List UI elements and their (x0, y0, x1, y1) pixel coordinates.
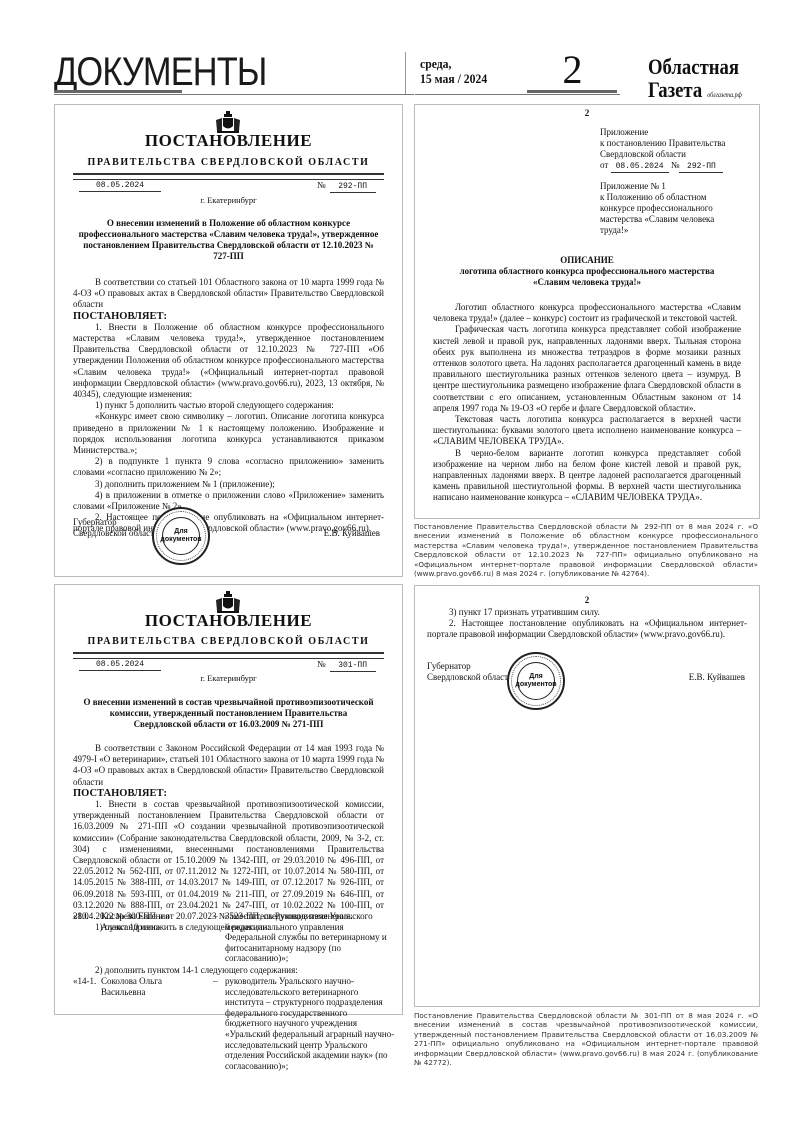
logo-line-1: Областная (648, 55, 742, 78)
document-292-pp-annex: 2 Приложение к постановлению Правительст… (414, 104, 760, 519)
paragraph: Графическая часть логотипа конкурса пред… (433, 324, 741, 414)
decree-body: В соответствии со статьей 101 Областного… (73, 277, 384, 535)
signer-name: Е.В. Куйвашев (689, 672, 745, 683)
decree-title: О внесении изменений в состав чрезвычайн… (83, 697, 374, 730)
page-number-underline (527, 90, 617, 93)
paragraph: 4) в приложении в отметке о приложении с… (73, 490, 384, 512)
stamp-seal: Длядокументов (507, 652, 565, 710)
paragraph: В черно-белом варианте логотип конкурса … (433, 448, 741, 504)
paragraph: 1) пункт 5 дополнить частью второй следу… (73, 400, 384, 411)
decree-city: г. Екатеринбург (55, 673, 402, 684)
page-number: 2 (545, 48, 600, 92)
header-rule (54, 94, 414, 95)
annex-1-reference: Приложение № 1 к Положению об областном … (600, 181, 714, 236)
decree-resolves: ПОСТАНОВЛЯЕТ: (73, 788, 384, 799)
document-301-pp-page-2: 2 3) пункт 17 признать утратившим силу. … (414, 585, 760, 1007)
decree-number: №301-ПП (317, 659, 376, 672)
stamp-seal: Длядокументов (152, 507, 210, 565)
paragraph: Текстовая часть логотипа конкурса распол… (433, 414, 741, 448)
header-double-rule (73, 173, 384, 180)
annex-body: Логотип областного конкурса профессионал… (433, 302, 741, 504)
decree-date: 08.05.2024 (79, 180, 161, 192)
page-rule (415, 94, 620, 95)
decree-subheader: ПРАВИТЕЛЬСТВА СВЕРДЛОВСКОЙ ОБЛАСТИ (55, 636, 402, 647)
commission-member-10: «10. Косарева Евгения Александровна – За… (73, 911, 384, 967)
decree-header: ПОСТАНОВЛЕНИЕ (55, 615, 402, 626)
decree-city: г. Екатеринбург (55, 195, 402, 206)
coat-of-arms-icon (215, 111, 241, 133)
header-divider (405, 52, 406, 94)
decree-subheader: ПРАВИТЕЛЬСТВА СВЕРДЛОВСКОЙ ОБЛАСТИ (55, 157, 402, 168)
paragraph: Логотип областного конкурса профессионал… (433, 302, 741, 324)
item-2: 2) дополнить пунктом 14-1 следующего сод… (73, 965, 384, 976)
signer-title: Губернатор Свердловской области (73, 517, 159, 539)
decree-resolves: ПОСТАНОВЛЯЕТ: (73, 311, 384, 322)
logo-line-2: Газета (648, 77, 702, 102)
publication-note-292: Постановление Правительства Свердловской… (414, 522, 758, 578)
paragraph: 2) в подпункте 1 пункта 9 слова «согласн… (73, 456, 384, 478)
issue-date: среда, 15 мая / 2024 (420, 56, 487, 86)
decree-body: В соответствии с Законом Российской Феде… (73, 743, 384, 933)
decree-intro: В соответствии с Законом Российской Феде… (73, 743, 384, 788)
masthead: ДОКУМЕНТЫ среда, 15 мая / 2024 2 Областн… (0, 0, 800, 100)
document-292-pp: ПОСТАНОВЛЕНИЕ ПРАВИТЕЛЬСТВА СВЕРДЛОВСКОЙ… (54, 104, 403, 577)
signer-name: Е.В. Куйвашев (324, 528, 380, 539)
paragraph: «Конкурс имеет свою символику – логотип.… (73, 411, 384, 456)
decree-number: №292-ПП (317, 180, 376, 193)
decree-date: 08.05.2024 (79, 659, 161, 671)
paragraph: 1. Внести в Положение об областном конку… (73, 322, 384, 400)
decree-intro: В соответствии со статьей 101 Областного… (73, 277, 384, 311)
paragraph: 1. Внести в состав чрезвычайной противоэ… (73, 799, 384, 922)
header-double-rule (73, 652, 384, 659)
paragraph: 3) пункт 17 признать утратившим силу. (427, 607, 747, 618)
paragraph: 2. Настоящее постановление опубликовать … (427, 618, 747, 640)
coat-of-arms-icon (215, 591, 241, 613)
section-title: ДОКУМЕНТЫ (54, 50, 267, 94)
logo-site: облгазета.рф (707, 91, 742, 99)
annex-heading: ОПИСАНИЕ (435, 255, 739, 266)
issue-date-value: 15 мая / 2024 (420, 71, 487, 86)
commission-member-14-1: «14-1. Соколова Ольга Васильевна – руков… (73, 976, 384, 1076)
decree-header: ПОСТАНОВЛЕНИЕ (55, 135, 402, 146)
section-underline (54, 90, 182, 93)
newspaper-logo: Областная Газетаоблгазета.рф (648, 55, 742, 107)
decree-title: О внесении изменений в Положение об обла… (75, 218, 382, 262)
signer-title: Губернатор Свердловской области (427, 661, 513, 683)
page-2-number: 2 (415, 595, 759, 606)
annex-page-number: 2 (415, 108, 759, 119)
page-2-body: 3) пункт 17 признать утратившим силу. 2.… (427, 607, 747, 641)
issue-weekday: среда, (420, 56, 487, 71)
annex-subheading: логотипа областного конкурса профессиона… (455, 266, 719, 288)
paragraph: 3) дополнить приложением № 1 (приложение… (73, 479, 384, 490)
document-301-pp: ПОСТАНОВЛЕНИЕ ПРАВИТЕЛЬСТВА СВЕРДЛОВСКОЙ… (54, 584, 403, 1015)
annex-reference: Приложение к постановлению Правительства… (600, 127, 725, 173)
publication-note-301: Постановление Правительства Свердловской… (414, 1011, 758, 1067)
